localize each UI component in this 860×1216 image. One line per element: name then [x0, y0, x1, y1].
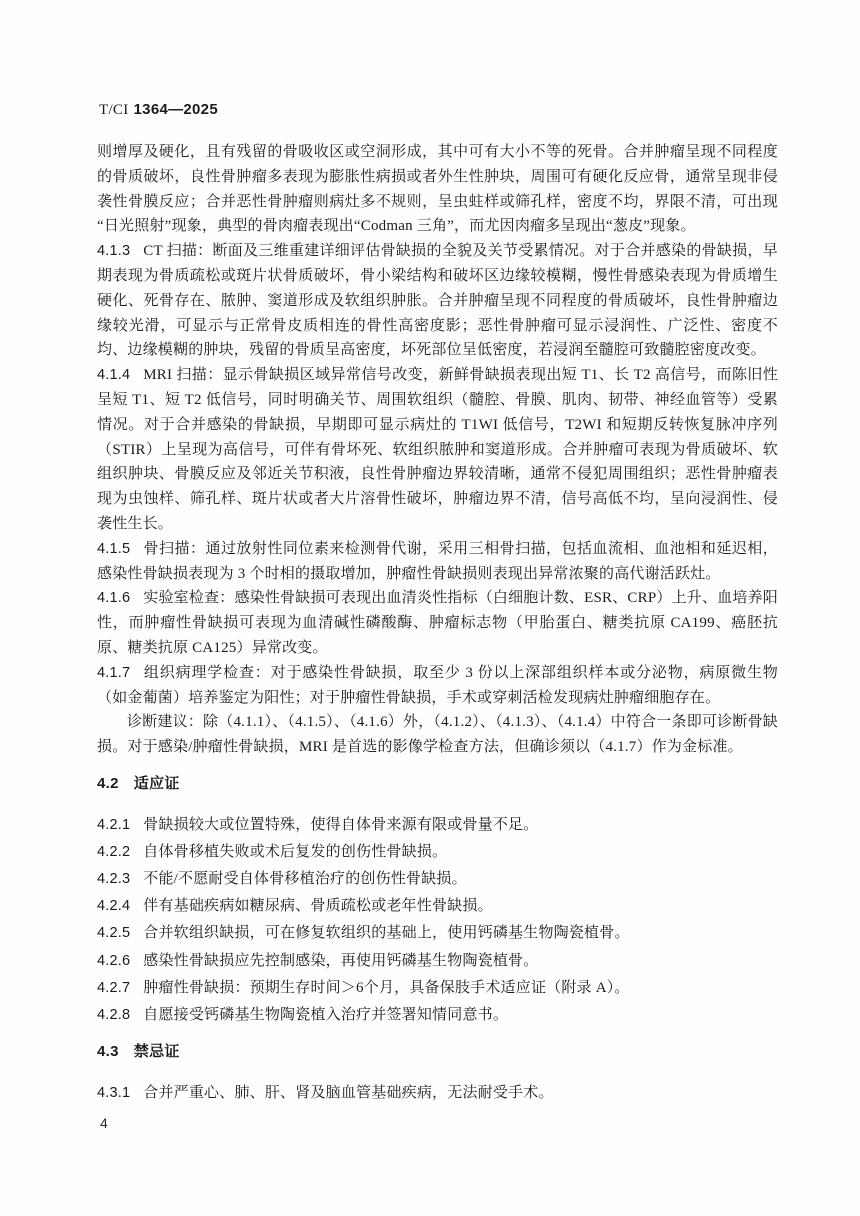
clause-text: 组织病理学检查：对于感染性骨缺损，取至少 3 份以上深部组织样本或分泌物，病原微… [97, 665, 778, 706]
clause-4-1-6: 4.1.6实验室检查：感染性骨缺损可表现出血清炎性指标（白细胞计数、ESR、CR… [97, 586, 778, 660]
clause-number: 4.2.1 [97, 817, 130, 833]
clause-number: 4.2.5 [97, 925, 130, 941]
standard-number: 1364—2025 [134, 101, 218, 118]
clause-text: 合并软组织缺损，可在修复软组织的基础上，使用钙磷基生物陶瓷植骨。 [143, 925, 629, 941]
standard-prefix: T/CI [99, 102, 129, 118]
clause-4-2-6: 4.2.6感染性骨缺损应先控制感染，再使用钙磷基生物陶瓷植骨。 [97, 949, 778, 974]
clause-number: 4.2.2 [97, 844, 130, 860]
clause-number: 4.2.7 [97, 980, 130, 996]
clause-text: CT 扫描：断面及三维重建详细评估骨缺损的全貌及关节受累情况。对于合并感染的骨缺… [97, 243, 778, 358]
section-number: 4.2 [97, 775, 119, 792]
clause-text: 肿瘤性骨缺损：预期生存时间＞6个月，具备保肢手术适应证（附录 A）。 [143, 980, 629, 996]
clause-text: 合并严重心、肺、肝、肾及脑血管基础疾病，无法耐受手术。 [143, 1085, 553, 1101]
clause-number: 4.1.5 [97, 541, 130, 557]
document-body: 则增厚及硬化，且有残留的骨吸收区或空洞形成，其中可有大小不等的死骨。合并肿瘤呈现… [97, 140, 778, 1108]
section-title: 禁忌证 [134, 1043, 180, 1060]
clause-number: 4.2.8 [97, 1007, 130, 1023]
paragraph-continuation: 则增厚及硬化，且有残留的骨吸收区或空洞形成，其中可有大小不等的死骨。合并肿瘤呈现… [97, 140, 778, 239]
clause-4-2-8: 4.2.8自愿接受钙磷基生物陶瓷植入治疗并签署知情同意书。 [97, 1003, 778, 1028]
clause-number: 4.1.4 [97, 367, 130, 383]
clause-4-2-7: 4.2.7肿瘤性骨缺损：预期生存时间＞6个月，具备保肢手术适应证（附录 A）。 [97, 976, 778, 1001]
clause-4-1-4: 4.1.4MRI 扫描：显示骨缺损区域异常信号改变，新鲜骨缺损表现出短 T1、长… [97, 363, 778, 537]
clause-text: 实验室检查：感染性骨缺损可表现出血清炎性指标（白细胞计数、ESR、CRP）上升、… [97, 590, 778, 656]
clause-4-2-3: 4.2.3不能/不愿耐受自体骨移植治疗的创伤性骨缺损。 [97, 867, 778, 892]
clause-4-2-5: 4.2.5合并软组织缺损，可在修复软组织的基础上，使用钙磷基生物陶瓷植骨。 [97, 921, 778, 946]
clause-4-2-4: 4.2.4伴有基础疾病如糖尿病、骨质疏松或老年性骨缺损。 [97, 894, 778, 919]
clause-number: 4.1.7 [97, 665, 130, 681]
section-heading-4-3: 4.3禁忌证 [97, 1040, 778, 1065]
clause-number: 4.2.4 [97, 898, 130, 914]
clause-text: 感染性骨缺损应先控制感染，再使用钙磷基生物陶瓷植骨。 [143, 953, 538, 969]
clause-number: 4.1.6 [97, 590, 130, 606]
clause-text: MRI 扫描：显示骨缺损区域异常信号改变，新鲜骨缺损表现出短 T1、长 T2 高… [97, 367, 778, 532]
document-page: T/CI1364—2025 则增厚及硬化，且有残留的骨吸收区或空洞形成，其中可有… [0, 0, 860, 1216]
page-number: 4 [100, 1115, 108, 1131]
clause-text: 伴有基础疾病如糖尿病、骨质疏松或老年性骨缺损。 [143, 898, 493, 914]
clause-4-2-2: 4.2.2自体骨移植失败或术后复发的创伤性骨缺损。 [97, 840, 778, 865]
clause-text: 骨缺损较大或位置特殊，使得自体骨来源有限或骨量不足。 [143, 817, 538, 833]
clause-text: 不能/不愿耐受自体骨移植治疗的创伤性骨缺损。 [143, 871, 467, 887]
clause-4-2-1: 4.2.1骨缺损较大或位置特殊，使得自体骨来源有限或骨量不足。 [97, 813, 778, 838]
clause-text: 自体骨移植失败或术后复发的创伤性骨缺损。 [143, 844, 447, 860]
clause-4-1-3: 4.1.3CT 扫描：断面及三维重建详细评估骨缺损的全貌及关节受累情况。对于合并… [97, 239, 778, 363]
clause-4-1-5: 4.1.5骨扫描：通过放射性同位素来检测骨代谢，采用三相骨扫描，包括血流相、血池… [97, 537, 778, 587]
clause-number: 4.1.3 [97, 243, 130, 259]
section-heading-4-2: 4.2适应证 [97, 772, 778, 797]
paragraph-continuation-text: 则增厚及硬化，且有残留的骨吸收区或空洞形成，其中可有大小不等的死骨。合并肿瘤呈现… [97, 144, 778, 234]
diagnosis-recommendation: 诊断建议：除（4.1.1）、（4.1.5）、（4.1.6）外，（4.1.2）、（… [97, 710, 778, 760]
clause-number: 4.2.3 [97, 871, 130, 887]
clause-text: 自愿接受钙磷基生物陶瓷植入治疗并签署知情同意书。 [143, 1007, 508, 1023]
clause-text: 骨扫描：通过放射性同位素来检测骨代谢，采用三相骨扫描，包括血流相、血池相和延迟相… [97, 541, 778, 582]
document-header: T/CI1364—2025 [99, 101, 218, 119]
section-number: 4.3 [97, 1043, 119, 1060]
diagnosis-recommendation-text: 诊断建议：除（4.1.1）、（4.1.5）、（4.1.6）外，（4.1.2）、（… [97, 714, 778, 755]
clause-4-1-7: 4.1.7组织病理学检查：对于感染性骨缺损，取至少 3 份以上深部组织样本或分泌… [97, 661, 778, 711]
clause-number: 4.3.1 [97, 1085, 130, 1101]
section-title: 适应证 [134, 775, 180, 792]
clause-number: 4.2.6 [97, 953, 130, 969]
clause-4-3-1: 4.3.1合并严重心、肺、肝、肾及脑血管基础疾病，无法耐受手术。 [97, 1081, 778, 1106]
